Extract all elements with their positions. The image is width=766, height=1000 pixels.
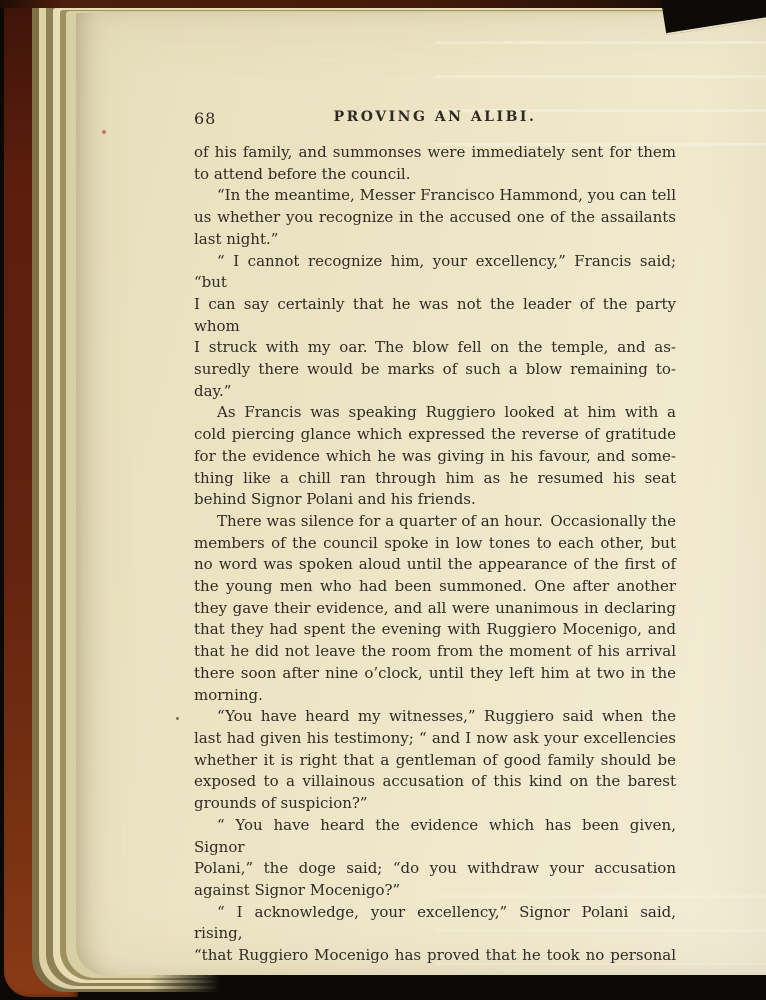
page-content: 68 PROVING AN ALIBI. of his family, and … — [194, 13, 676, 967]
paragraph: There was silence for a quarter of an ho… — [194, 511, 676, 706]
text-line: against Signor Mocenigo?” — [194, 880, 676, 902]
text-line: they gave their evidence, and all were u… — [194, 598, 676, 620]
paragraph: “In the meantime, Messer Francisco Hammo… — [194, 185, 676, 250]
text-line: “In the meantime, Messer Francisco Hammo… — [194, 185, 676, 207]
text-line: there soon after nine o’clock, until the… — [194, 663, 676, 685]
text-line: last night.” — [194, 229, 676, 251]
text-line: exposed to a villainous accusation of th… — [194, 771, 676, 793]
paragraph: As Francis was speaking Ruggiero looked … — [194, 402, 676, 511]
text-line: I struck with my oar. The blow fell on t… — [194, 337, 676, 359]
page-body: of his family, and summonses were immedi… — [194, 142, 676, 967]
paragraph: of his family, and summonses were immedi… — [194, 142, 676, 185]
text-line: There was silence for a quarter of an ho… — [194, 511, 676, 533]
text-line: members of the council spoke in low tone… — [194, 533, 676, 555]
running-title: PROVING AN ALIBI. — [194, 109, 676, 125]
paragraph: “ I cannot recognize him, your excellenc… — [194, 251, 676, 403]
text-line: last had given his testimony; “ and I no… — [194, 728, 676, 750]
text-line: “that Ruggiero Mocenigo has proved that … — [194, 945, 676, 967]
text-line: morning. — [194, 685, 676, 707]
text-line: “ You have heard the evidence which has … — [194, 815, 676, 858]
text-line: us whether you recognize in the accused … — [194, 207, 676, 229]
text-line: grounds of suspicion?” — [194, 793, 676, 815]
text-line: that he did not leave the room from the … — [194, 641, 676, 663]
text-line: that they had spent the evening with Rug… — [194, 619, 676, 641]
text-line: of his family, and summonses were immedi… — [194, 142, 676, 164]
text-line: whether it is right that a gentleman of … — [194, 750, 676, 772]
text-line: no word was spoken aloud until the appea… — [194, 554, 676, 576]
text-line: behind Signor Polani and his friends. — [194, 489, 676, 511]
paragraph: “You have heard my witnesses,” Ruggiero … — [194, 706, 676, 815]
text-line: As Francis was speaking Ruggiero looked … — [194, 402, 676, 424]
cover-top-edge — [0, 0, 766, 8]
text-line: the young men who had been summoned. One… — [194, 576, 676, 598]
paragraph: “ I acknowledge, your excellency,” Signo… — [194, 902, 676, 967]
text-line: cold piercing glance which expressed the… — [194, 424, 676, 446]
text-line: for the evidence which he was giving in … — [194, 446, 676, 468]
text-line: I can say certainly that he was not the … — [194, 294, 676, 337]
text-line: suredly there would be marks of such a b… — [194, 359, 676, 402]
page-number: 68 — [194, 109, 216, 128]
page-header: 68 PROVING AN ALIBI. — [194, 109, 676, 129]
paragraph: “ You have heard the evidence which has … — [194, 815, 676, 902]
text-line: “ I acknowledge, your excellency,” Signo… — [194, 902, 676, 945]
book-photo: 68 PROVING AN ALIBI. of his family, and … — [0, 0, 766, 1000]
text-line: “ I cannot recognize him, your excellenc… — [194, 251, 676, 294]
bottom-shadow — [150, 974, 766, 1000]
paper-speck — [176, 717, 179, 720]
paper-speck — [102, 130, 106, 134]
text-line: to attend before the council. — [194, 164, 676, 186]
text-line: “You have heard my witnesses,” Ruggiero … — [194, 706, 676, 728]
text-line: thing like a chill ran through him as he… — [194, 468, 676, 490]
text-line: Polani,” the doge said; “do you withdraw… — [194, 858, 676, 880]
book-page: 68 PROVING AN ALIBI. of his family, and … — [76, 13, 766, 975]
